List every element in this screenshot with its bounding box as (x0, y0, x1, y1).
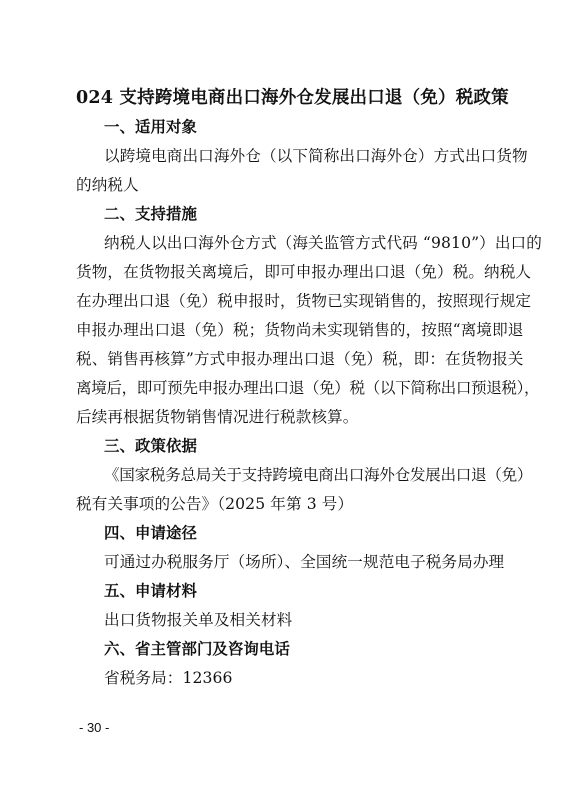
paragraph-line: 可通过办税服务厅（场所）、全国统一规范电子税务局办理 (76, 552, 488, 572)
paragraph-line: 申报办理出口退（免）税；货物尚未实现销售的，按照“离境即退 (76, 320, 488, 340)
paragraph-line: 的纳税人 (76, 175, 488, 195)
section-heading-channel: 四、申请途径 (76, 523, 488, 543)
paragraph-line: 出口货物报关单及相关材料 (76, 610, 488, 630)
section-heading-materials: 五、申请材料 (76, 581, 488, 601)
paragraph-line: 在办理出口退（免）税申报时，货物已实现销售的，按照现行规定 (76, 291, 488, 311)
paragraph-line: 税、销售再核算”方式申报办理出口退（免）税，即：在货物报关 (76, 349, 488, 369)
section-heading-basis: 三、政策依据 (76, 436, 488, 456)
document-title: 024 支持跨境电商出口海外仓发展出口退（免）税政策 (76, 84, 488, 109)
paragraph-line: 离境后，即可预先申报办理出口退（免）税（以下简称出口预退税）， (76, 378, 488, 398)
page-number: - 30 - (79, 720, 109, 735)
section-heading-contact: 六、省主管部门及咨询电话 (76, 639, 488, 659)
paragraph-line: 省税务局：12366 (76, 668, 488, 688)
document-page: 024 支持跨境电商出口海外仓发展出口退（免）税政策 一、适用对象 以跨境电商出… (0, 0, 561, 793)
paragraph-line: 以跨境电商出口海外仓（以下简称出口海外仓）方式出口货物 (76, 146, 488, 166)
paragraph-line: 《国家税务总局关于支持跨境电商出口海外仓发展出口退（免） (76, 465, 488, 485)
section-heading-target: 一、适用对象 (76, 117, 488, 137)
paragraph-line: 货物，在货物报关离境后，即可申报办理出口退（免）税。纳税人 (76, 262, 488, 282)
paragraph-line: 税有关事项的公告》（2025 年第 3 号） (76, 494, 488, 514)
paragraph-line: 后续再根据货物销售情况进行税款核算。 (76, 407, 488, 427)
section-heading-measures: 二、支持措施 (76, 204, 488, 224)
paragraph-line: 纳税人以出口海外仓方式（海关监管方式代码 “9810”）出口的 (76, 233, 488, 253)
